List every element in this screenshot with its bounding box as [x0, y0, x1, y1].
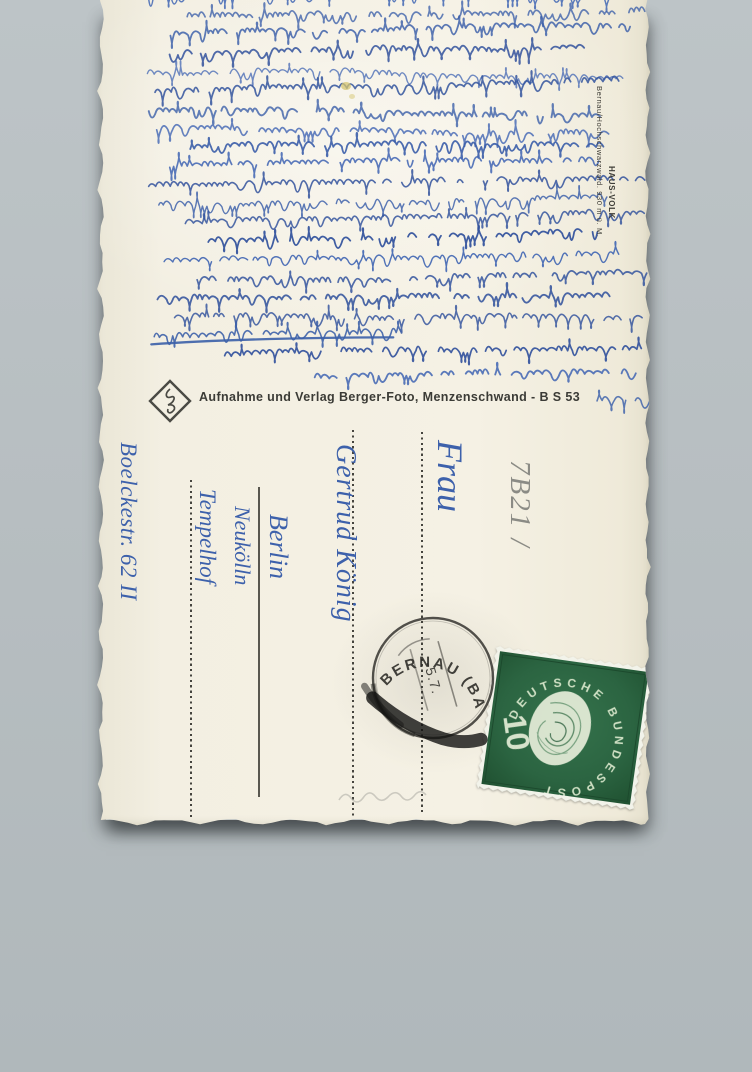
postmark-date-bridge: -5.7.	[410, 641, 457, 714]
caption-house-name: HAUS-VOLK	[607, 166, 616, 219]
address-word-frau: Frau	[429, 440, 471, 512]
pencil-scribble	[335, 782, 445, 812]
address-word-district2: Tempelhof	[194, 489, 220, 584]
handwriting-stroke	[159, 184, 614, 220]
address-word-city: Berlin	[263, 514, 293, 579]
handwritten-message	[95, 0, 658, 428]
handwriting-stroke	[170, 146, 599, 181]
handwriting-stroke	[164, 242, 619, 275]
handwriting-stroke	[149, 167, 645, 200]
pencil-note: 7B21 /	[503, 460, 536, 549]
postcard: HAUS-VOLK Bernau/Hochschwarzwald. 930 m …	[95, 0, 653, 828]
handwriting-stroke	[187, 0, 645, 32]
handwriting-stroke	[224, 337, 641, 367]
address-rule	[258, 487, 260, 797]
handwriting-stroke	[169, 37, 594, 68]
handwriting-stroke	[208, 223, 597, 254]
handwriting-stroke	[170, 14, 630, 48]
address-word-name: Gertrud König	[329, 444, 361, 623]
handwriting-stroke	[597, 390, 650, 414]
paper-stain	[341, 82, 351, 90]
handwriting-stroke	[197, 267, 647, 294]
publisher-logo-icon	[147, 378, 193, 424]
publisher-line: Aufnahme und Verlag Berger-Foto, Menzens…	[199, 390, 580, 404]
handwriting-stroke	[315, 361, 648, 390]
handwriting-underline	[151, 337, 393, 344]
handwriting-stroke	[157, 282, 609, 314]
paper-stain	[349, 94, 355, 99]
scanned-postcard-back: HAUS-VOLK Bernau/Hochschwarzwald. 930 m …	[0, 0, 752, 1072]
postmark: BERNAU (BADEN) -5.7.	[335, 580, 532, 777]
address-word-district: Neukölln	[229, 506, 255, 585]
caption-location: Bernau/Hochschwarzwald. 930 m ü. M.	[595, 86, 604, 237]
address-rule	[190, 480, 192, 818]
address-street-note: Boelckestr. 62 II	[115, 442, 141, 601]
